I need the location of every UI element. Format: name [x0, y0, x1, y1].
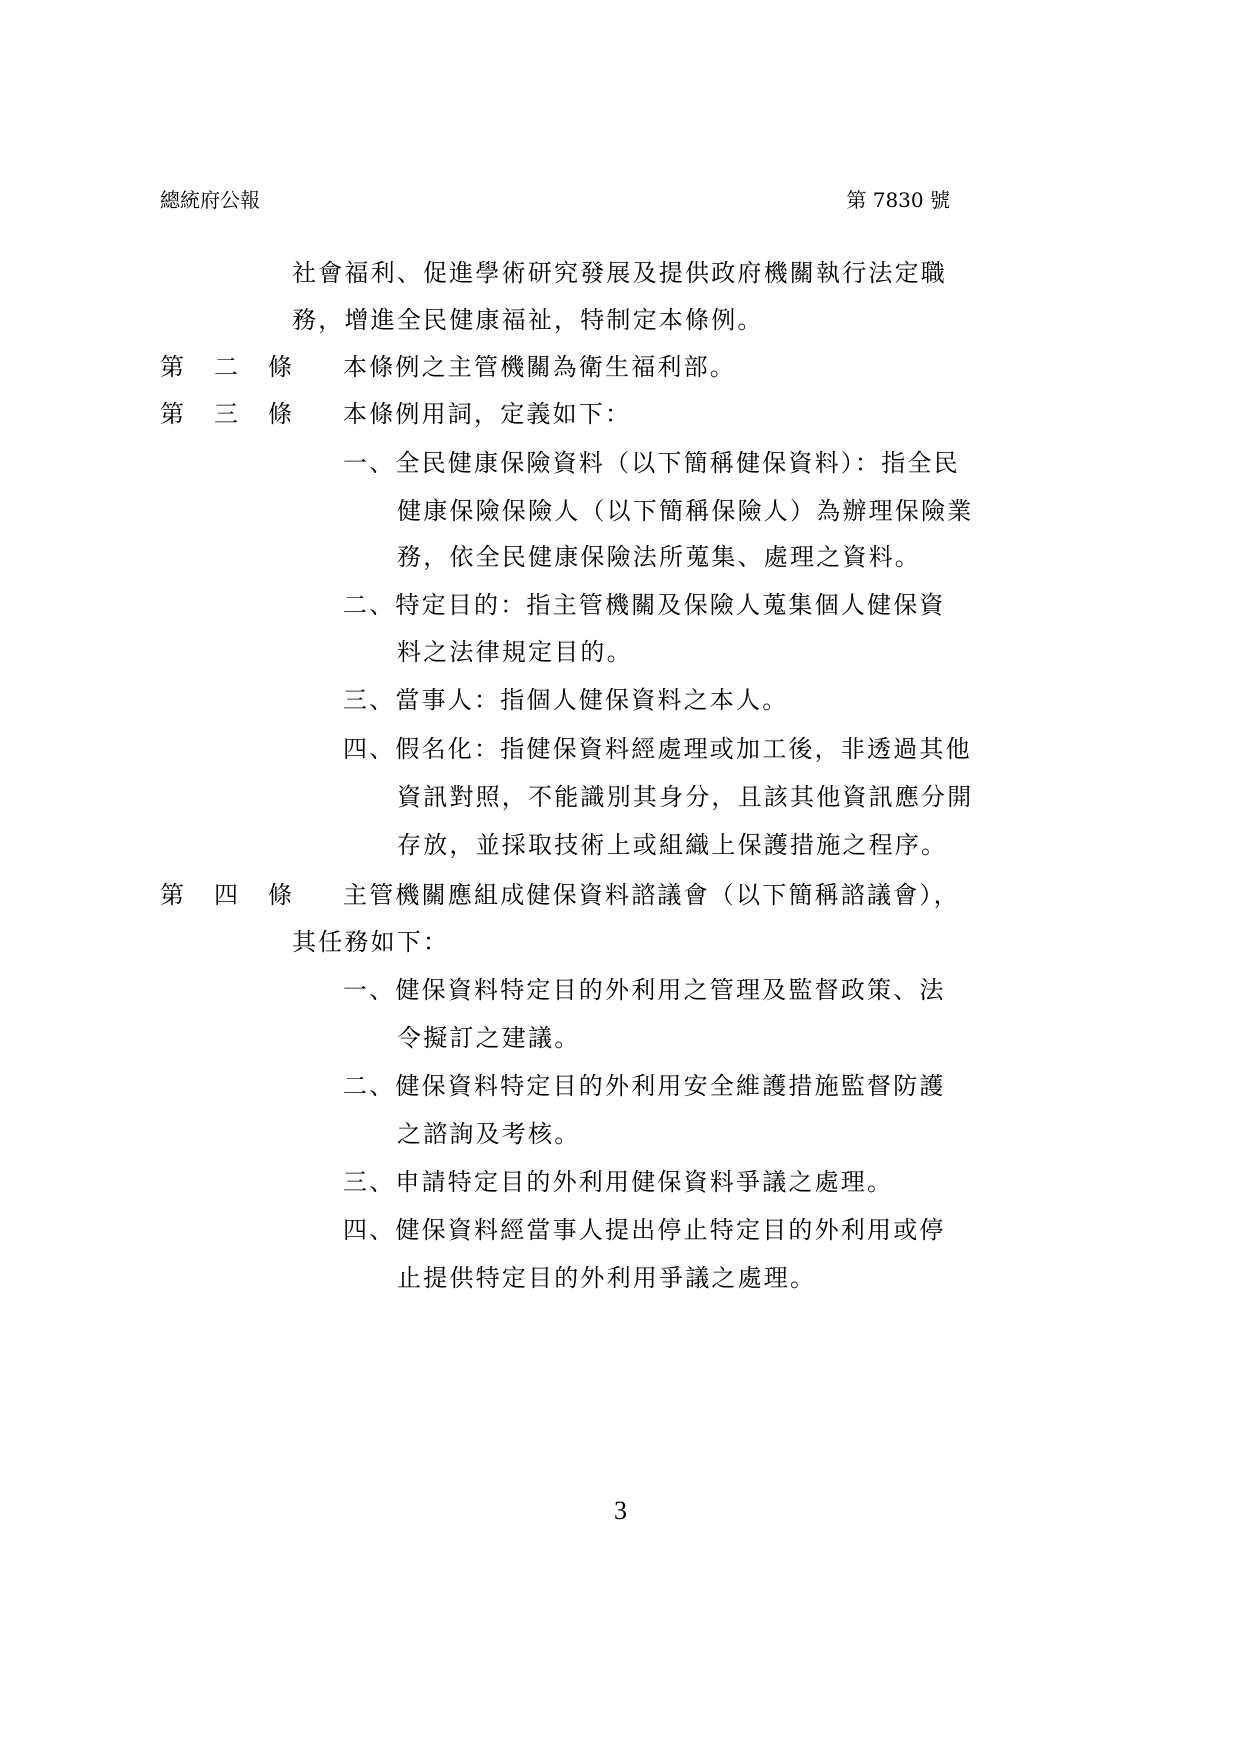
article-label-char: 三	[214, 397, 268, 431]
article-text: 本條例用詞，定義如下：	[343, 397, 631, 431]
article-label-char: 條	[268, 397, 322, 431]
list-item-line: 一、健保資料特定目的外利用之管理及監督政策、法	[343, 973, 946, 1007]
list-item-line: 止提供特定目的外利用爭議之處理。	[397, 1261, 816, 1295]
article-label-char: 條	[268, 350, 322, 384]
list-item-line: 存放，並採取技術上或組織上保護措施之程序。	[397, 828, 947, 862]
list-item-line: 二、特定目的：指主管機關及保險人蒐集個人健保資	[343, 588, 946, 622]
issue-number: 第 7830 號	[846, 186, 950, 214]
publication-title: 總統府公報	[160, 186, 260, 214]
article-text: 本條例之主管機關為衛生福利部。	[343, 350, 736, 384]
article-text: 其任務如下：	[292, 925, 449, 959]
article-label: 第四條	[160, 878, 322, 912]
preamble-line: 社會福利、促進學術研究發展及提供政府機關執行法定職	[292, 256, 947, 290]
list-item-line: 二、健保資料特定目的外利用安全維護措施監督防護	[343, 1069, 946, 1103]
list-item-line: 務，依全民健康保險法所蒐集、處理之資料。	[397, 540, 921, 574]
list-item-line: 三、申請特定目的外利用健保資料爭議之處理。	[343, 1165, 893, 1199]
list-item-line: 資訊對照，不能識別其身分，且該其他資訊應分開	[397, 780, 973, 814]
article-label-char: 條	[268, 878, 322, 912]
list-item-line: 健康保險保險人（以下簡稱保險人）為辦理保險業	[397, 494, 973, 528]
list-item-line: 令擬訂之建議。	[397, 1021, 580, 1055]
gazette-page: 總統府公報 第 7830 號 社會福利、促進學術研究發展及提供政府機關執行法定職…	[0, 0, 1241, 1754]
article-label: 第二條	[160, 350, 322, 384]
article-label-char: 第	[160, 878, 214, 912]
article-label: 第三條	[160, 397, 322, 431]
page-number: 3	[0, 1496, 1241, 1526]
article-text: 主管機關應組成健保資料諮議會（以下簡稱諮議會），	[343, 878, 960, 912]
article-label-char: 二	[214, 350, 268, 384]
list-item-line: 之諮詢及考核。	[397, 1117, 580, 1151]
list-item-line: 三、當事人：指個人健保資料之本人。	[343, 683, 788, 717]
article-label-char: 第	[160, 397, 214, 431]
article-label-char: 四	[214, 878, 268, 912]
list-item-line: 四、假名化：指健保資料經處理或加工後，非透過其他	[343, 732, 972, 766]
article-label-char: 第	[160, 350, 214, 384]
preamble-line: 務，增進全民健康福祉，特制定本條例。	[292, 303, 764, 337]
list-item-line: 一、全民健康保險資料（以下簡稱健保資料）：指全民	[343, 446, 960, 480]
list-item-line: 四、健保資料經當事人提出停止特定目的外利用或停	[343, 1213, 946, 1247]
list-item-line: 料之法律規定目的。	[397, 635, 633, 669]
